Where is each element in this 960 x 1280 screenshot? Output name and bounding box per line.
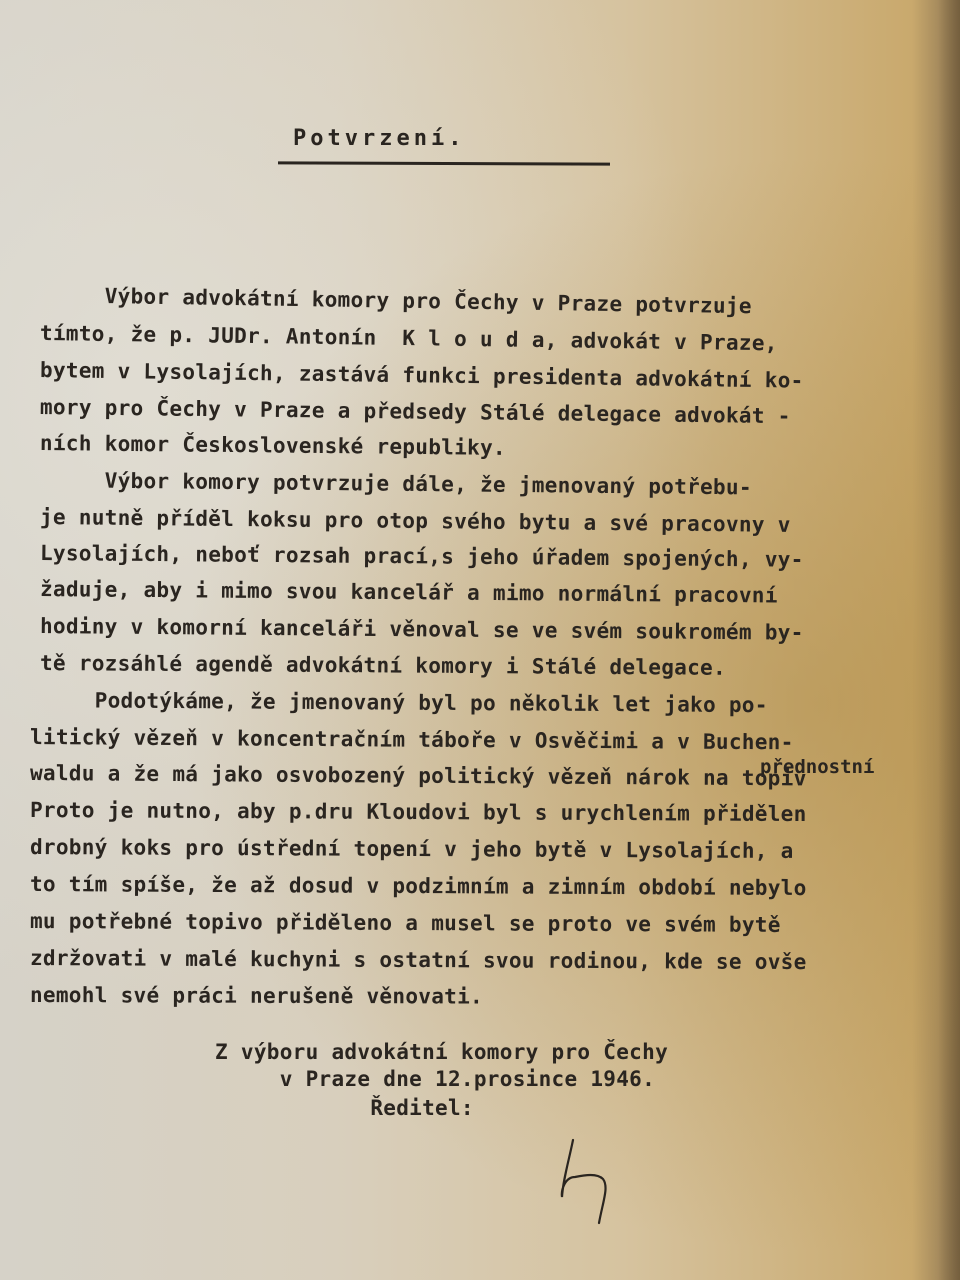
body-line: litický vězeň v koncentračním táboře v O…	[30, 725, 794, 754]
body-line: Podotýkáme, že jmenovaný byl po několik …	[30, 688, 768, 717]
body-line: ních komor Československé republiky.	[40, 431, 506, 460]
closing-line: Ředitel:	[215, 1096, 474, 1120]
body-line: hodiny v komorní kanceláři věnoval se ve…	[40, 614, 804, 645]
body-line: Proto je nutno, aby p.dru Kloudovi byl s…	[30, 798, 807, 826]
page-edge-shadow	[938, 0, 960, 1280]
document-title: Potvrzení.	[293, 126, 465, 151]
body-line: Lysolajích, neboť rozsah prací,s jeho úř…	[40, 541, 804, 572]
body-line: Výbor advokátní komory pro Čechy v Praze…	[40, 283, 752, 318]
body-line: mory pro Čechy v Praze a předsedy Stálé …	[40, 395, 791, 428]
closing-line: v Praze dne 12.prosince 1946.	[215, 1067, 655, 1091]
overtyped-insertion: přednostní	[760, 756, 874, 778]
body-line: je nutně příděl koksu pro otop svého byt…	[40, 505, 791, 537]
signature-icon	[555, 1135, 625, 1225]
document-page: Potvrzení. Výbor advokátní komory pro Če…	[0, 0, 960, 1280]
body-line: zdržovati v malé kuchyni s ostatní svou …	[30, 946, 807, 974]
body-line: to tím spíše, že až dosud v podzimním a …	[30, 872, 807, 900]
body-line: tímto, že p. JUDr. Antonín K l o u d a, …	[40, 321, 778, 355]
body-line: waldu a že má jako osvobozený politický …	[30, 761, 807, 790]
body-line: drobný koks pro ústřední topení v jeho b…	[30, 835, 794, 863]
body-line: Výbor komory potvrzuje dále, že jmenovan…	[40, 468, 752, 499]
body-line: tě rozsáhlé agendě advokátní komory i St…	[40, 651, 726, 680]
title-underline	[278, 161, 610, 165]
body-line: nemohl své práci nerušeně věnovati.	[30, 983, 483, 1009]
body-line: žaduje, aby i mimo svou kancelář a mimo …	[40, 577, 778, 607]
body-line: bytem v Lysolajích, zastává funkci presi…	[40, 358, 804, 393]
body-line: mu potřebné topivo přiděleno a musel se …	[30, 909, 781, 937]
closing-line: Z výboru advokátní komory pro Čechy	[215, 1040, 668, 1064]
